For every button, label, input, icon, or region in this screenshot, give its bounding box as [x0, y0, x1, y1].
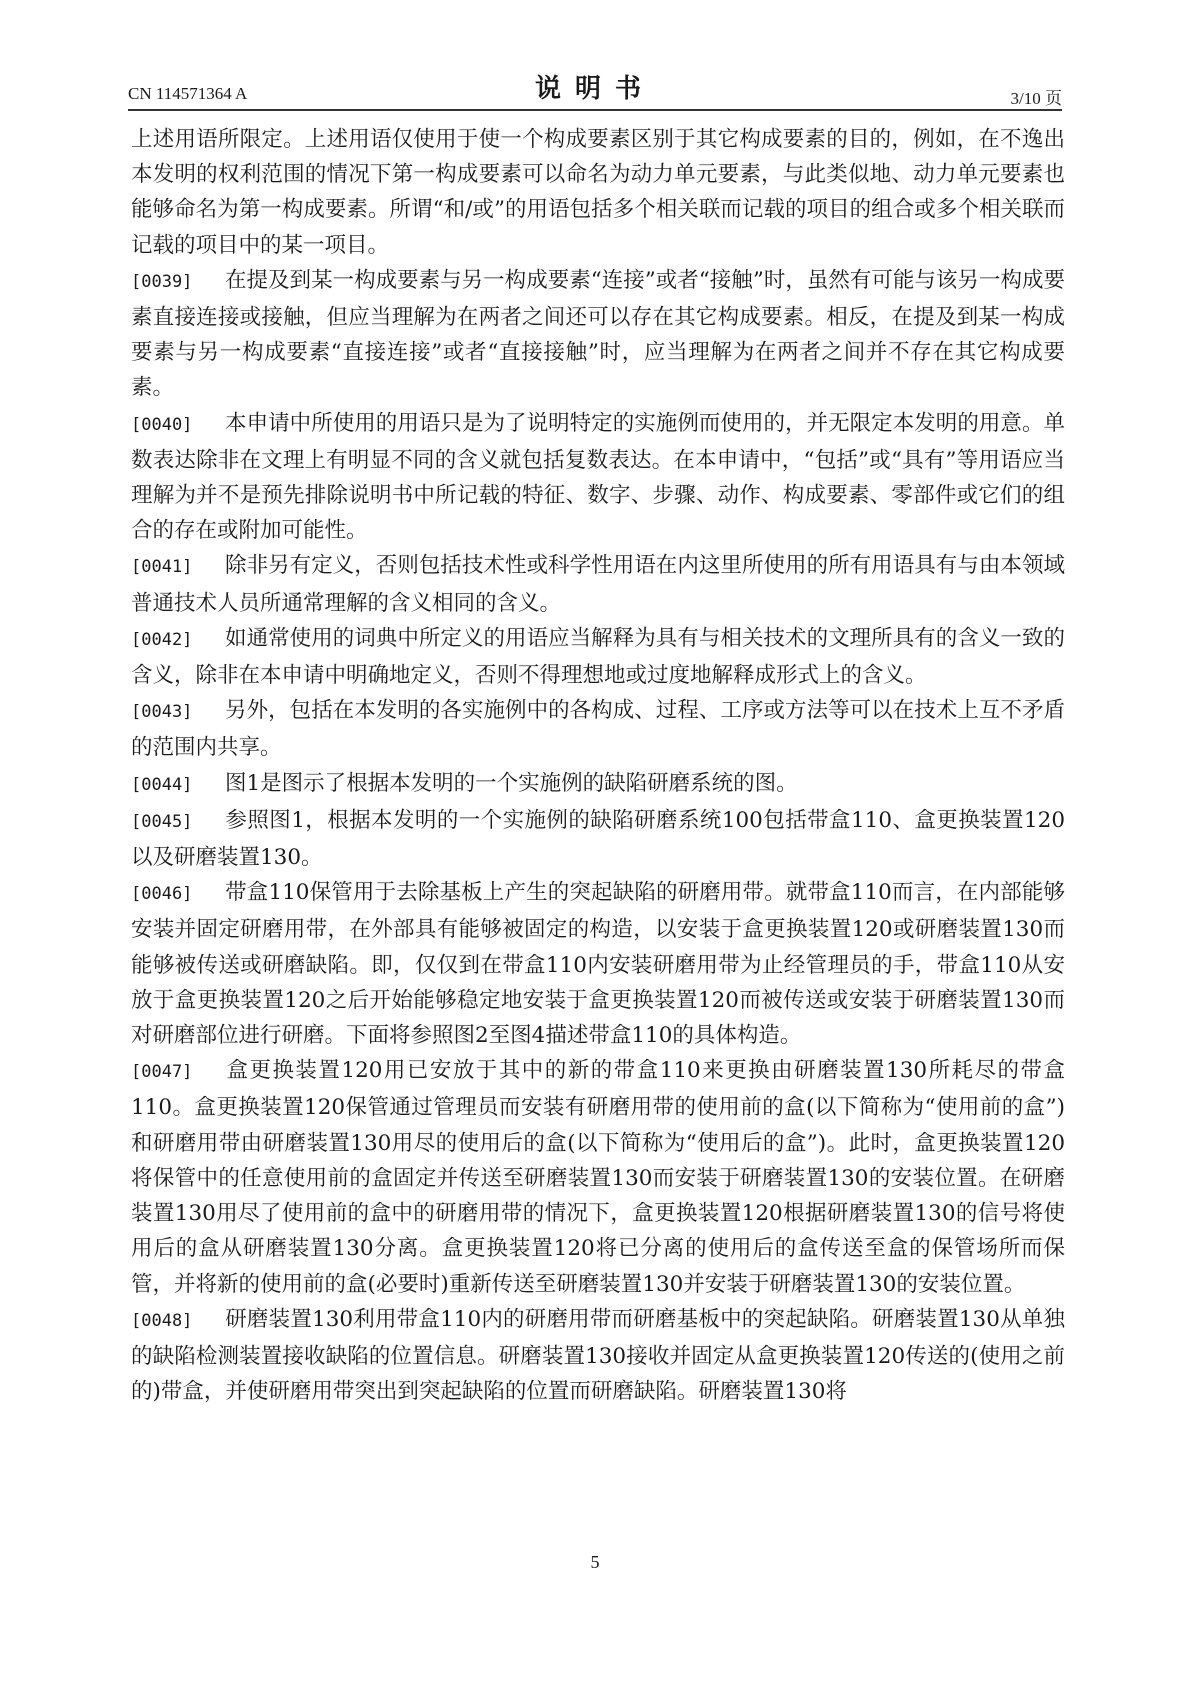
- paragraph-number: [0042]: [131, 623, 225, 658]
- paragraph-text: 图1是图示了根据本发明的一个实施例的缺陷研磨系统的图。: [225, 771, 798, 796]
- paragraph-text: 本申请中所使用的用语只是为了说明特定的实施例而使用的，并无限定本发明的用意。单数…: [131, 411, 1065, 544]
- paragraph: [0048]研磨装置130利用带盒110内的研磨用带而研磨基板中的突起缺陷。研磨…: [131, 1302, 1065, 1410]
- paragraph: [0045]参照图1，根据本发明的一个实施例的缺陷研磨系统100包括带盒110、…: [131, 803, 1065, 875]
- paragraph: [0040]本申请中所使用的用语只是为了说明特定的实施例而使用的，并无限定本发明…: [131, 406, 1065, 549]
- page-number: 5: [0, 1552, 1190, 1573]
- paragraph-number: [0048]: [131, 1304, 225, 1339]
- paragraph-number: [0043]: [131, 695, 225, 730]
- paragraph-number: [0044]: [131, 768, 225, 803]
- paragraph: [0043]另外，包括在本发明的各实施例中的各构成、过程、工序或方法等可以在技术…: [131, 693, 1065, 765]
- paragraph: [0046]带盒110保管用于去除基板上产生的突起缺陷的研磨用带。就带盒110而…: [131, 875, 1065, 1053]
- paragraph-text: 盒更换装置120用已安放于其中的新的带盒110来更换由研磨装置130所耗尽的带盒…: [131, 1058, 1065, 1296]
- document-body: 上述用语所限定。上述用语仅使用于使一个构成要素区别于其它构成要素的目的，例如，在…: [131, 122, 1065, 1409]
- paragraph-number: [0046]: [131, 877, 225, 912]
- paragraph-number: [0047]: [131, 1055, 225, 1090]
- header-divider: [128, 109, 1062, 111]
- paragraph-text: 带盒110保管用于去除基板上产生的突起缺陷的研磨用带。就带盒110而言，在内部能…: [131, 880, 1065, 1048]
- paragraph: [0039]在提及到某一构成要素与另一构成要素“连接”或者“接触”时，虽然有可能…: [131, 263, 1065, 406]
- paragraph-text: 另外，包括在本发明的各实施例中的各构成、过程、工序或方法等可以在技术上互不矛盾的…: [131, 698, 1065, 760]
- paragraph-text: 除非另有定义，否则包括技术性或科学性用语在内这里所使用的所有用语具有与由本领域普…: [131, 553, 1065, 615]
- paragraph-text: 参照图1，根据本发明的一个实施例的缺陷研磨系统100包括带盒110、盒更换装置1…: [131, 808, 1065, 870]
- paragraph: [0044]图1是图示了根据本发明的一个实施例的缺陷研磨系统的图。: [131, 766, 1065, 803]
- paragraph-text: 如通常使用的词典中所定义的用语应当解释为具有与相关技术的文理所具有的含义一致的含…: [131, 626, 1065, 688]
- paragraph: [0041]除非另有定义，否则包括技术性或科学性用语在内这里所使用的所有用语具有…: [131, 548, 1065, 620]
- paragraph-number: [0045]: [131, 805, 225, 840]
- document-title: 说明书: [128, 68, 1062, 105]
- page-indicator: 3/10 页: [1011, 84, 1062, 109]
- paragraph: [0042]如通常使用的词典中所定义的用语应当解释为具有与相关技术的文理所具有的…: [131, 621, 1065, 693]
- paragraph-number: [0041]: [131, 550, 225, 585]
- paragraph-text: 研磨装置130利用带盒110内的研磨用带而研磨基板中的突起缺陷。研磨装置130从…: [131, 1307, 1065, 1404]
- paragraph-number: [0039]: [131, 265, 225, 300]
- paragraph: 上述用语所限定。上述用语仅使用于使一个构成要素区别于其它构成要素的目的，例如，在…: [131, 122, 1065, 263]
- paragraph-text: 在提及到某一构成要素与另一构成要素“连接”或者“接触”时，虽然有可能与该另一构成…: [131, 268, 1065, 401]
- paragraph-number: [0040]: [131, 408, 225, 443]
- paragraph: [0047]盒更换装置120用已安放于其中的新的带盒110来更换由研磨装置130…: [131, 1053, 1065, 1301]
- paragraph-text: 上述用语所限定。上述用语仅使用于使一个构成要素区别于其它构成要素的目的，例如，在…: [131, 127, 1065, 258]
- page-header: CN 114571364 A 说明书 3/10 页: [128, 68, 1062, 108]
